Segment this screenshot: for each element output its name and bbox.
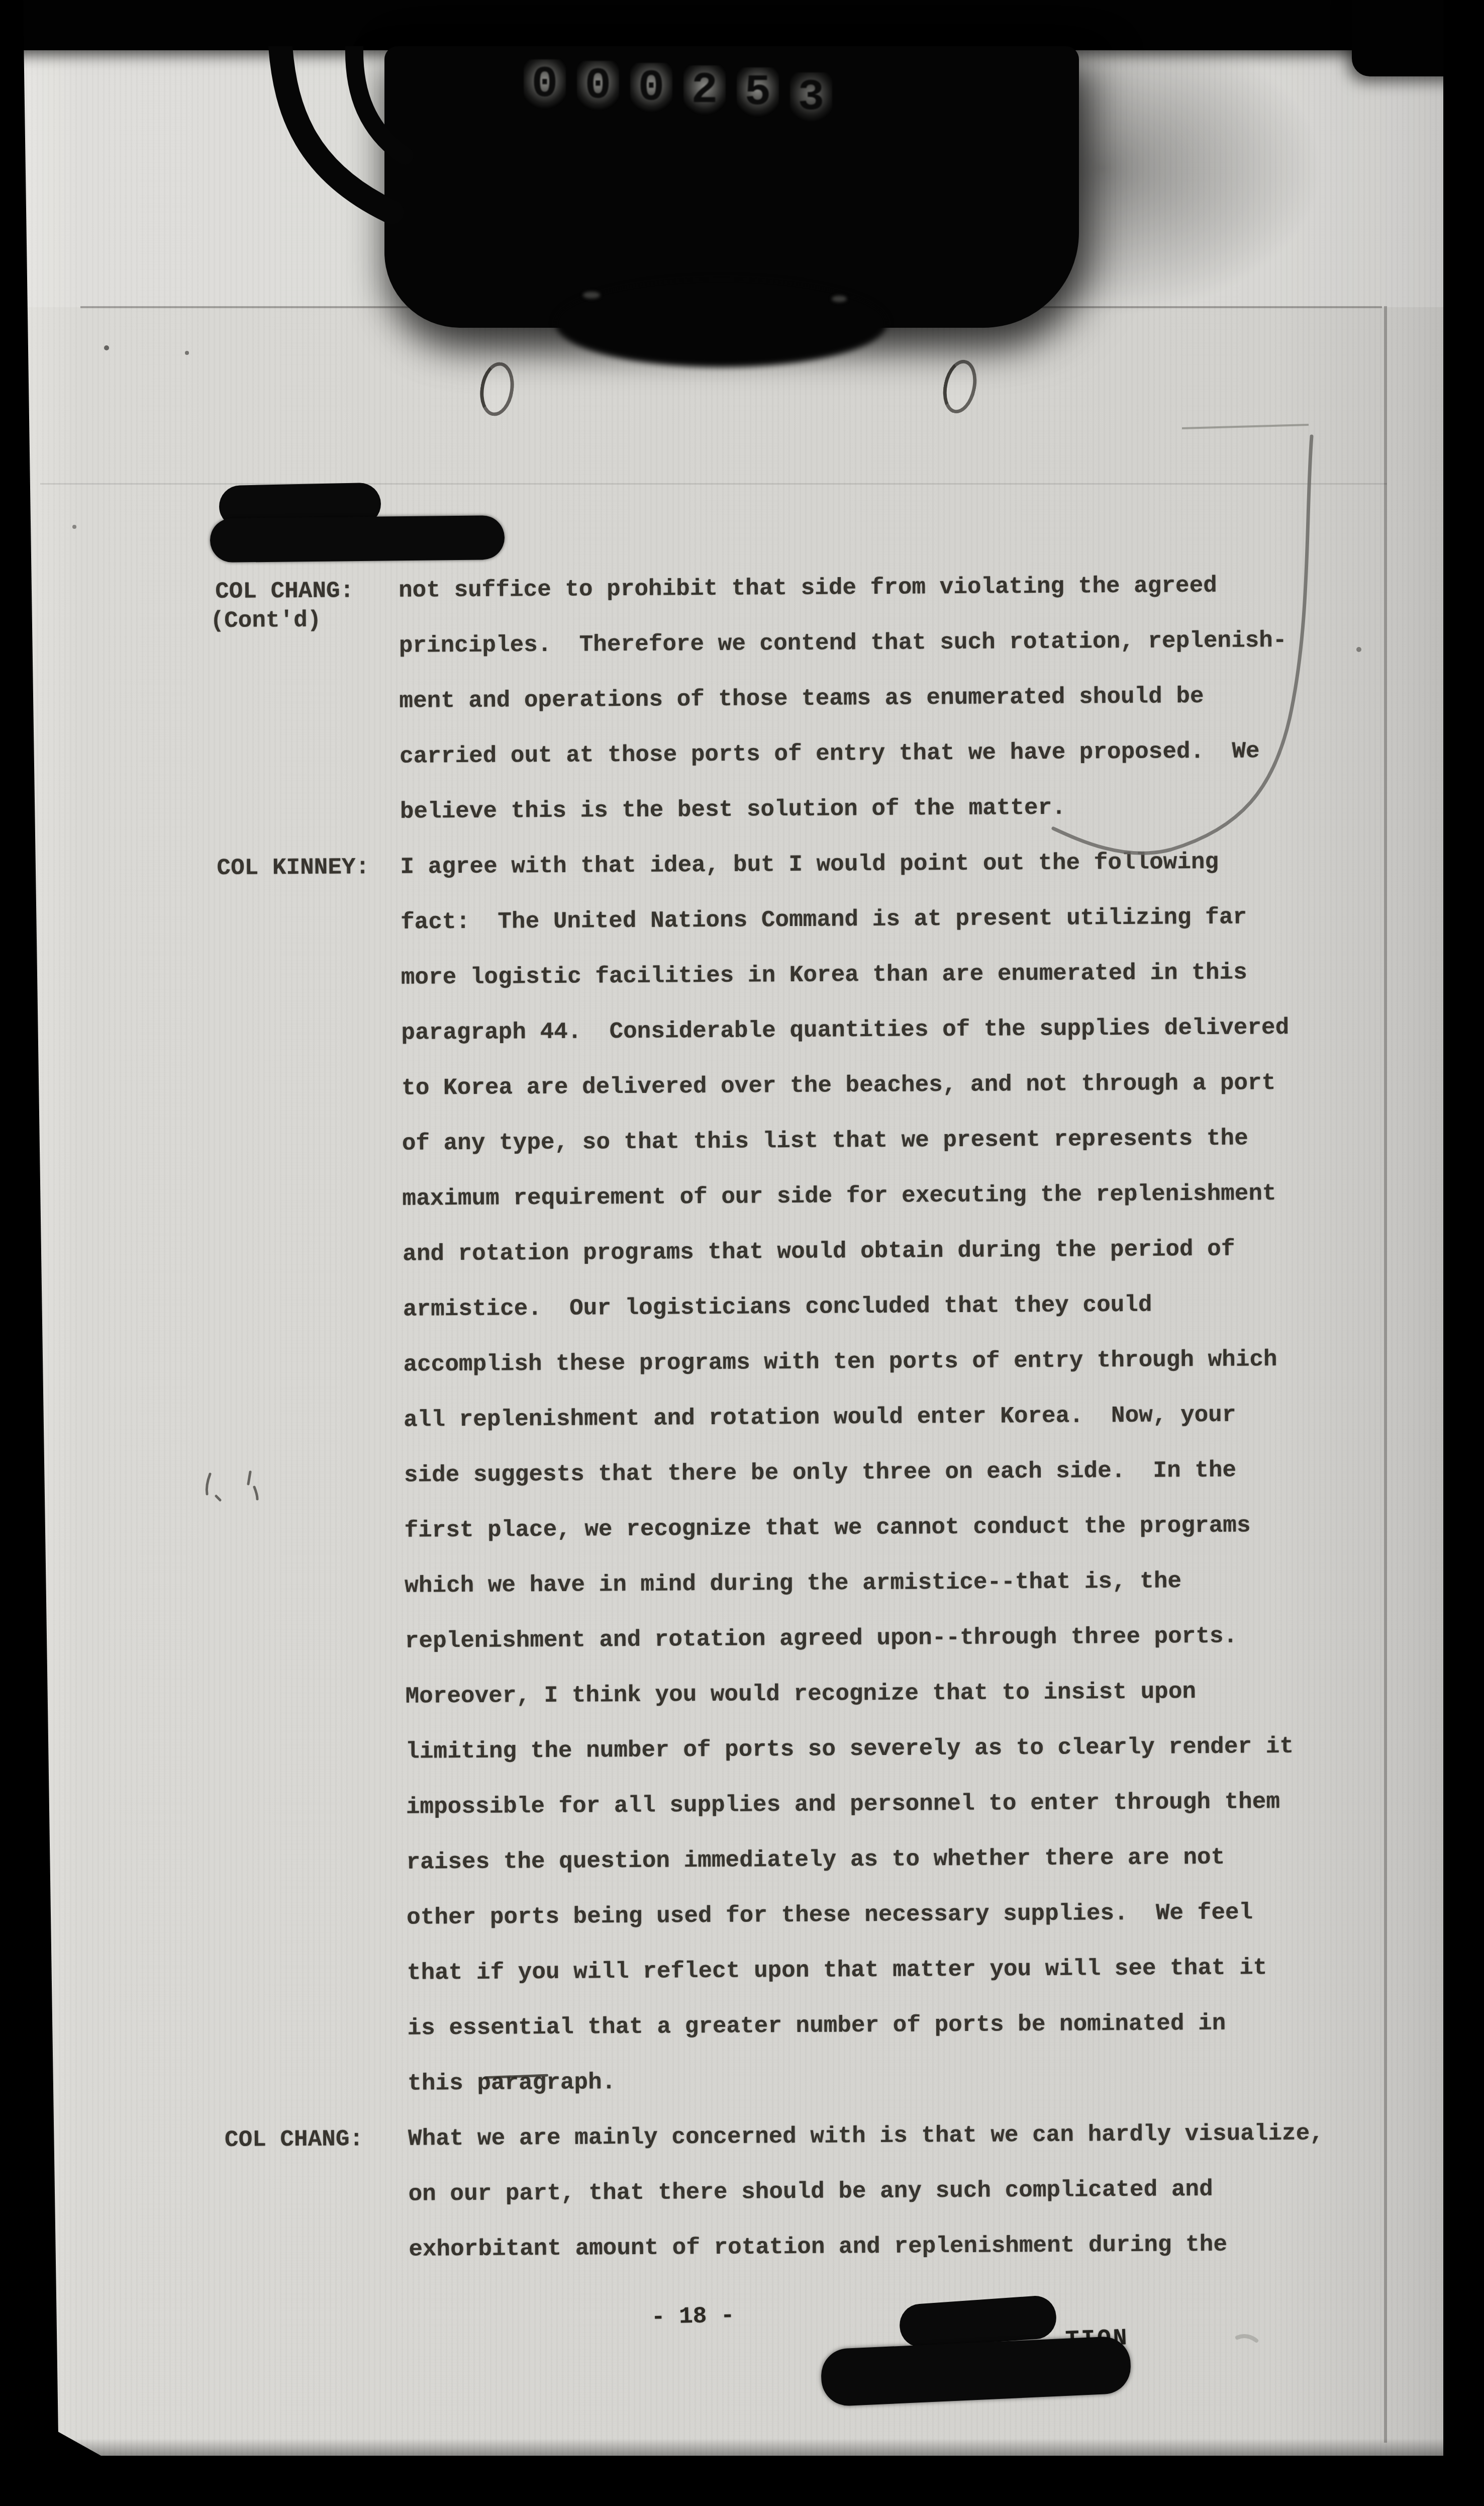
transcript-line: that if you will reflect upon that matte… xyxy=(407,1955,1267,1986)
redaction-bar-top-2 xyxy=(210,515,505,563)
counter-digit: 5 xyxy=(737,67,779,119)
transcript-line: all replenishment and rotation would ent… xyxy=(404,1403,1236,1433)
transcript-line: not suffice to prohibit that side from v… xyxy=(399,573,1217,604)
speaker-label: COL CHANG: xyxy=(215,578,354,604)
transcript-line: accomplish these programs with ten ports… xyxy=(403,1347,1277,1377)
transcript-line: armistice. Our logisticians concluded th… xyxy=(403,1292,1152,1323)
transcript-line: exhorbitant amount of rotation and reple… xyxy=(409,2232,1227,2263)
counter-digit-value: 0 xyxy=(585,64,612,109)
transcript-line: I agree with that idea, but I would poin… xyxy=(400,850,1219,880)
speaker-label: COL CHANG: xyxy=(225,2126,363,2153)
speaker-label: COL KINNEY: xyxy=(217,855,369,881)
counter-digit: 2 xyxy=(683,65,726,117)
transcript-line: impossible for all supplies and personne… xyxy=(406,1789,1280,1820)
microfilm-scan-frame: COL CHANG:(Cont'd)not suffice to prohibi… xyxy=(0,0,1484,2506)
frame-counter-device-base xyxy=(555,279,887,367)
transcript-line: other ports being used for these necessa… xyxy=(407,1900,1253,1930)
transcript-line: on our part, that there should be any su… xyxy=(408,2177,1213,2207)
transcript-line: believe this is the best solution of the… xyxy=(400,795,1066,825)
transcript-line: is essential that a greater number of po… xyxy=(407,2011,1226,2041)
transcript-line: first place, we recognize that we cannot… xyxy=(404,1513,1250,1543)
counter-digits: 000253 xyxy=(524,59,832,111)
counter-digit: 0 xyxy=(577,61,619,112)
device-glint xyxy=(583,292,600,299)
counter-digit-value: 3 xyxy=(798,76,825,120)
counter-digit: 3 xyxy=(790,72,832,124)
page-number: - 18 - xyxy=(651,2303,735,2330)
transcript-line: carried out at those ports of entry that… xyxy=(400,738,1260,769)
transcript-line: to Korea are delivered over the beaches,… xyxy=(402,1070,1275,1101)
film-black-edge-right xyxy=(1443,0,1484,2506)
transcript-line: raises the question immediately as to wh… xyxy=(406,1845,1225,1876)
transcript-line: paragraph 44. Considerable quantities of… xyxy=(401,1015,1289,1046)
transcript-line: principles. Therefore we contend that su… xyxy=(399,628,1287,659)
transcript-line: more logistic facilities in Korea than a… xyxy=(401,960,1247,990)
transcript-line: ment and operations of those teams as en… xyxy=(399,684,1204,714)
transcript-line: this paragraph. xyxy=(408,2070,616,2096)
counter-digit-value: 5 xyxy=(745,71,771,115)
transcript-line: What we are mainly concerned with is tha… xyxy=(408,2121,1324,2152)
device-glint xyxy=(832,296,847,302)
transcript-line: of any type, so that this list that we p… xyxy=(402,1126,1248,1156)
speaker-sublabel: (Cont'd) xyxy=(210,608,321,634)
counter-digit-value: 2 xyxy=(691,69,718,113)
transcript-layer: COL CHANG:(Cont'd)not suffice to prohibi… xyxy=(0,0,1484,2506)
counter-digit-value: 0 xyxy=(532,63,558,107)
counter-digit-value: 0 xyxy=(638,66,665,111)
transcript-line: fact: The United Nations Command is at p… xyxy=(401,904,1247,935)
transcript-line: replenishment and rotation agreed upon--… xyxy=(405,1624,1238,1654)
transcript-line: which we have in mind during the armisti… xyxy=(405,1568,1181,1599)
counter-digit: 0 xyxy=(630,63,672,114)
film-black-band-top xyxy=(0,0,1484,50)
counter-digit: 0 xyxy=(524,59,566,111)
transcript-line: limiting the number of ports so severely… xyxy=(406,1734,1294,1765)
transcript-line: maximum requirement of our side for exec… xyxy=(402,1181,1276,1212)
transcript-line: and rotation programs that would obtain … xyxy=(403,1237,1235,1267)
transcript-line: Moreover, I think you would recognize th… xyxy=(405,1679,1196,1709)
transcript-line: side suggests that there be only three o… xyxy=(404,1458,1237,1489)
